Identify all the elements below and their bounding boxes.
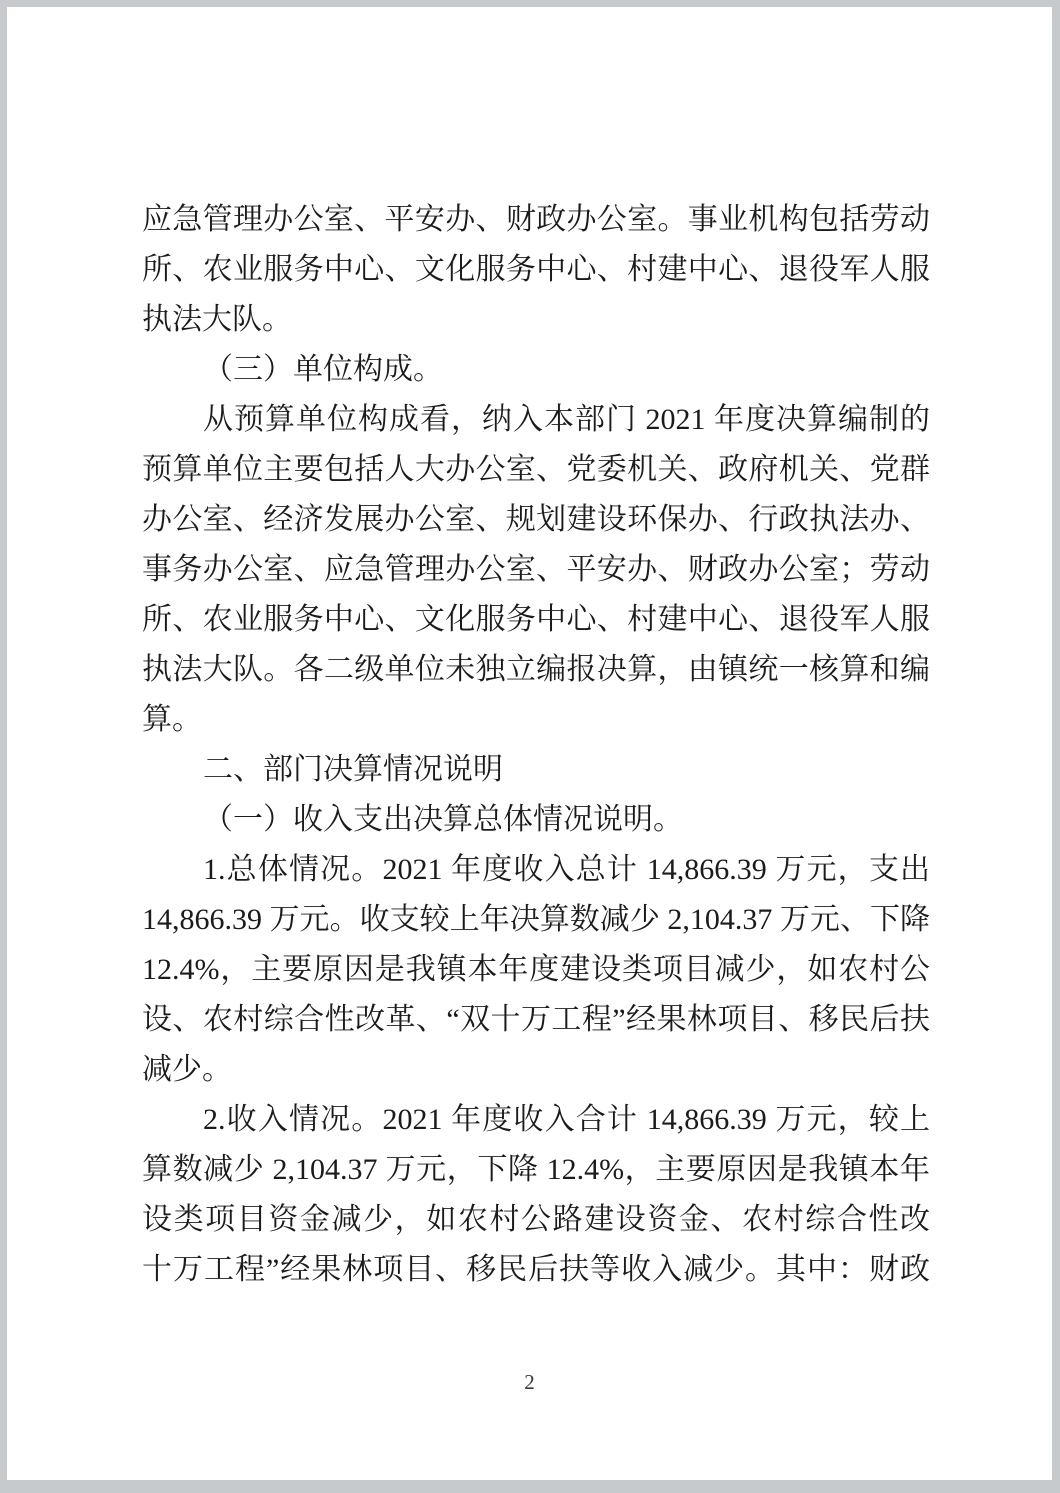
text-line: 所、农业服务中心、文化服务中心、村建中心、退役军人服务站、 [142,245,930,295]
text-line: 二、部门决算情况说明 [142,745,930,795]
text-line: 十万工程”经果林项目、移民后扶等收入减少。其中：财政拨款 [142,1245,930,1295]
text-line: 设、农村综合性改革、“双十万工程”经果林项目、移民后扶等 [142,995,930,1045]
text-line: 预算单位主要包括人大办公室、党委机关、政府机关、党群工作 [142,445,930,495]
text-line: 14,866.39 万元。收支较上年决算数减少 2,104.37 万元、下降 [142,895,930,945]
text-line: 从预算单位构成看，纳入本部门 2021 年度决算编制的二级 [142,395,930,445]
document-page: 应急管理办公室、平安办、财政办公室。事业机构包括劳动社保所、农业服务中心、文化服… [7,7,1052,1480]
text-line: 执法大队。各二级单位未独立编报决算，由镇统一核算和编制决 [142,645,930,695]
page-number: 2 [7,1368,1052,1396]
viewport: { "document": { "page_number": "2", "col… [0,0,1060,1493]
text-line: 应急管理办公室、平安办、财政办公室。事业机构包括劳动社保 [142,195,930,245]
text-line: （一）收入支出决算总体情况说明。 [142,795,930,845]
text-line: 设类项目资金减少，如农村公路建设资金、农村综合性改革、“双 [142,1195,930,1245]
text-line: 所、农业服务中心、文化服务中心、村建中心、退役军人服务站、 [142,595,930,645]
text-line: （三）单位构成。 [142,345,930,395]
text-line: 事务办公室、应急管理办公室、平安办、财政办公室；劳动社保 [142,545,930,595]
text-line: 减少。 [142,1045,930,1095]
text-line: 算数减少 2,104.37 万元，下降 12.4%，主要原因是我镇本年度建 [142,1145,930,1195]
text-line: 算。 [142,695,930,745]
document-body: 应急管理办公室、平安办、财政办公室。事业机构包括劳动社保所、农业服务中心、文化服… [142,195,930,1295]
text-line: 12.4%，主要原因是我镇本年度建设类项目减少，如农村公路建 [142,945,930,995]
text-line: 办公室、经济发展办公室、规划建设环保办、行政执法办、社会 [142,495,930,545]
text-line: 2.收入情况。2021 年度收入合计 14,866.39 万元，较上年决 [142,1095,930,1145]
text-line: 执法大队。 [142,295,930,345]
text-line: 1.总体情况。2021 年度收入总计 14,866.39 万元，支出总计 [142,845,930,895]
